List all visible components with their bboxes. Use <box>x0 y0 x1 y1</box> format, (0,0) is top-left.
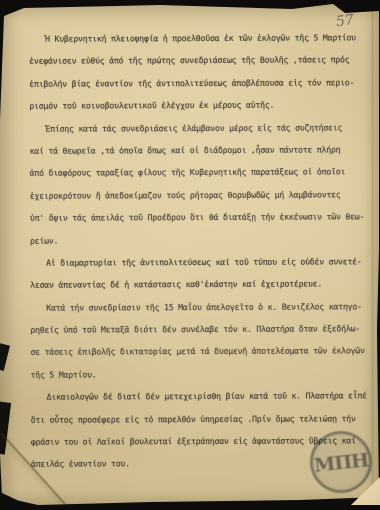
text-line: ρείων. <box>30 228 374 252</box>
text-line: ἀπό διαφόρους ταραξίας φίλους τῆς Κυβερν… <box>30 161 374 185</box>
text-line: τῆς 5 Μαρτίου. <box>30 362 374 386</box>
paragraph: Ἐπίσης κατά τάς συνεδριάσεις ἐλάμβανον μ… <box>29 116 374 252</box>
paragraph: Αἱ διαμαρτυρίαι τῆς ἀντιπολιτεύσεως καί … <box>30 250 374 296</box>
scanned-document: 57 Ἡ Κυβερνητική πλειοψηφία ἡ προελθοῦσα… <box>0 0 380 510</box>
text-line: καί τά θεωρεῖα ,τά ὁποῖα ὅπως καί οἱ διά… <box>30 138 374 162</box>
text-line: Αἱ διαμαρτυρίαι τῆς ἀντιπολιτεύσεως καί … <box>30 250 374 274</box>
text-line: σε τάσεις ἐπιβολῆς δικτατορίας μετά τά δ… <box>30 340 374 364</box>
text-line: Ἡ Κυβερνητική πλειοψηφία ἡ προελθοῦσα ἐκ… <box>29 26 373 50</box>
text-line: ὑπ' ὄψιν τάς ἀπειλάς τοῦ Προέδρου ὅτι θά… <box>30 205 374 229</box>
paragraph: Κατά τήν συνεδρίασιν τῆς 15 Μαΐου ἀπελογ… <box>30 295 374 386</box>
text-line: ἐνεφάνισεν εὐθύς ἀπό τῆς πρώτης συνεδριά… <box>29 49 373 73</box>
text-block: Ἡ Κυβερνητική πλειοψηφία ἡ προελθοῦσα ἐκ… <box>29 26 375 475</box>
text-line: ρισμόν τοῦ κοινοβουλευτικοῦ ἐλέγχου ἐκ μ… <box>29 93 373 117</box>
text-line: Ἐπίσης κατά τάς συνεδριάσεις ἐλάμβανον μ… <box>29 116 373 140</box>
text-line: ὅτι οὗτος προσέφερε εἰς τό παρελθόν ὑπηρ… <box>31 407 375 431</box>
text-line: ἐχειροκρότουν ἤ ἀπεδοκίμαζον τούς ρήτορα… <box>30 183 374 207</box>
text-line: Δικαιολογῶν δέ διατί δέν μετεχειρίσθη βί… <box>31 384 375 408</box>
text-line: λεσαν ἀπεναντίας δέ ἡ κατάστασις καθ'ἑκά… <box>30 273 374 297</box>
archive-stamp-letters: ΜΠΗ <box>313 449 369 477</box>
text-line: ρηθείς ὑπό τοῦ Μεταξᾶ διότι δέν συνέλαβε… <box>30 317 374 341</box>
text-line: Κατά τήν συνεδρίασιν τῆς 15 Μαΐου ἀπελογ… <box>30 295 374 319</box>
paper-sheet: 57 Ἡ Κυβερνητική πλειοψηφία ἡ προελθοῦσα… <box>0 0 380 510</box>
paragraph: Ἡ Κυβερνητική πλειοψηφία ἡ προελθοῦσα ἐκ… <box>29 26 373 117</box>
text-line: ἐπιβολήν βίας ἐναντίον τῆς ἀντιπολιτεύσε… <box>29 71 373 95</box>
